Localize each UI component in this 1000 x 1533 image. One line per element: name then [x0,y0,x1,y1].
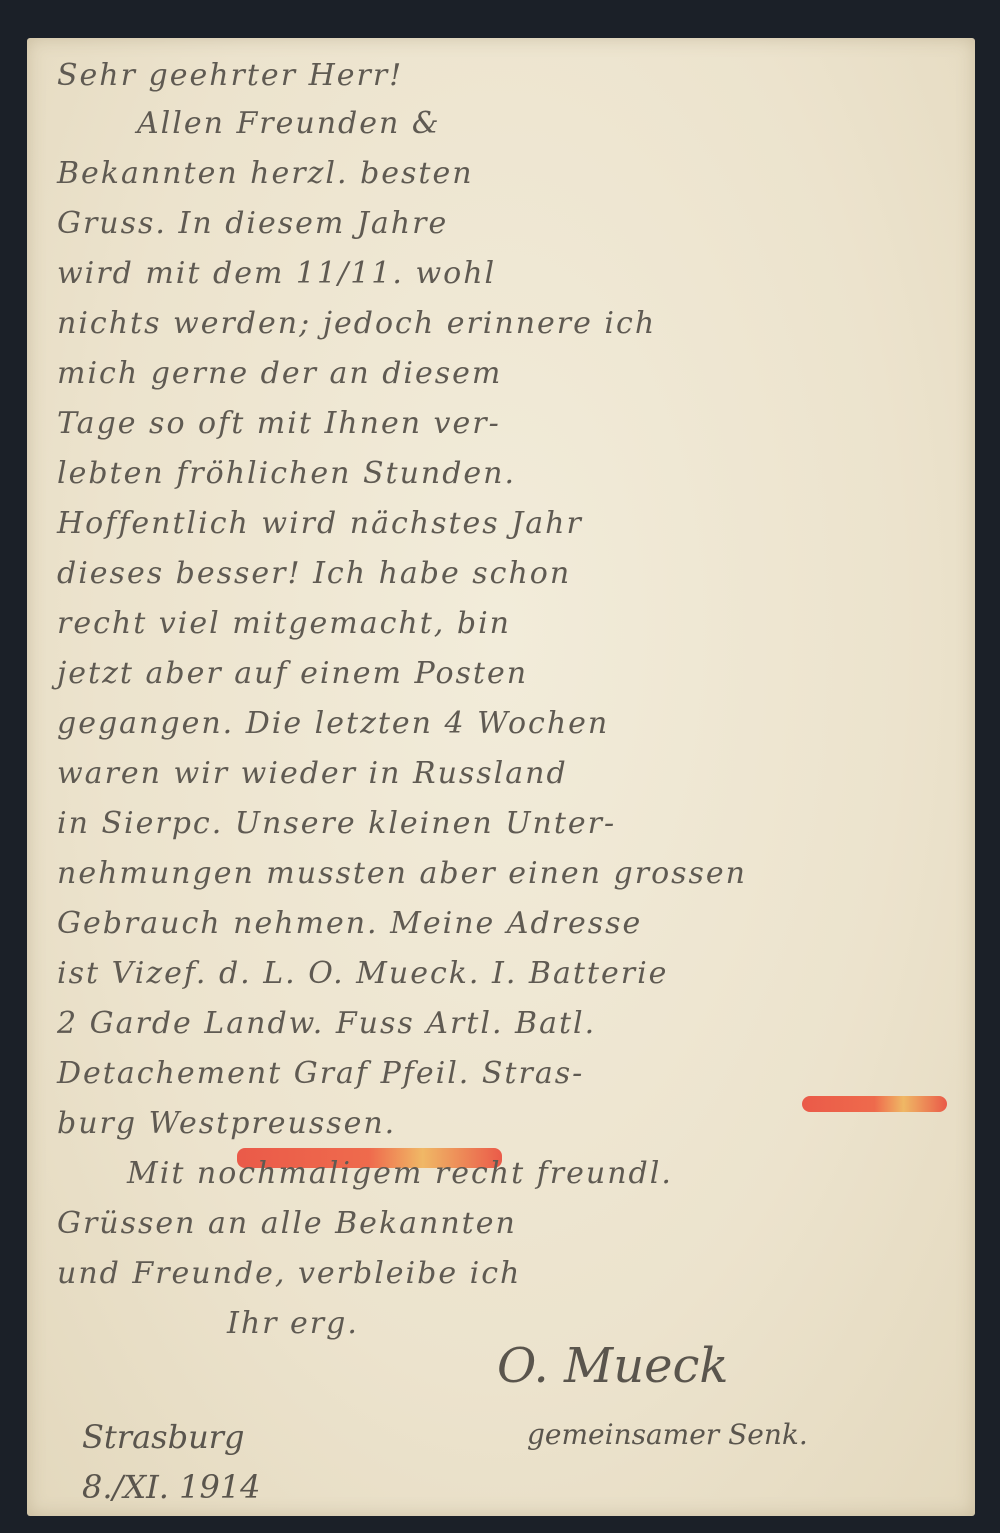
text-line: mich gerne der an diesem [57,356,502,391]
signature-title: gemeinsamer Senk. [527,1418,808,1451]
text-line: Tage so oft mit Ihnen ver- [57,406,501,441]
text-line: nichts werden; jedoch erinnere ich [57,306,656,341]
text-line: dieses besser! Ich habe schon [57,556,571,591]
text-line: Detachement Graf Pfeil. Stras- [57,1056,584,1091]
text-line: Gruss. In diesem Jahre [57,206,448,241]
text-line: Bekannten herzl. besten [57,156,474,191]
text-line: Gebrauch nehmen. Meine Adresse [57,906,642,941]
text-line: und Freunde, verbleibe ich [57,1256,521,1291]
signature: O. Mueck [497,1338,729,1394]
postcard: Sehr geehrter Herr! Allen Freunden & Bek… [27,38,975,1516]
red-underline-stras [802,1096,947,1112]
text-line: waren wir wieder in Russland [57,756,568,791]
text-line: Ihr erg. [227,1306,359,1341]
place: Strasburg [82,1418,244,1456]
text-line: burg Westpreussen. [57,1106,396,1141]
text-line: 2 Garde Landw. Fuss Artl. Batl. [57,1006,596,1041]
text-line: Hoffentlich wird nächstes Jahr [57,506,583,541]
text-line: wird mit dem 11/11. wohl [57,256,496,291]
text-line: Allen Freunden & [137,106,441,141]
text-line: nehmungen mussten aber einen grossen [57,856,747,891]
text-line: in Sierpc. Unsere kleinen Unter- [57,806,616,841]
text-line: recht viel mitgemacht, bin [57,606,511,641]
text-line: ist Vizef. d. L. O. Mueck. I. Batterie [57,956,668,991]
text-line: Grüssen an alle Bekannten [57,1206,517,1241]
text-line: lebten fröhlichen Stunden. [57,456,516,491]
text-line: gegangen. Die letzten 4 Wochen [57,706,609,741]
text-line: jetzt aber auf einem Posten [57,656,528,691]
text-line: Sehr geehrter Herr! [57,58,403,93]
date: 8./XI. 1914 [82,1468,261,1506]
text-line: Mit nochmaligem recht freundl. [127,1156,673,1191]
